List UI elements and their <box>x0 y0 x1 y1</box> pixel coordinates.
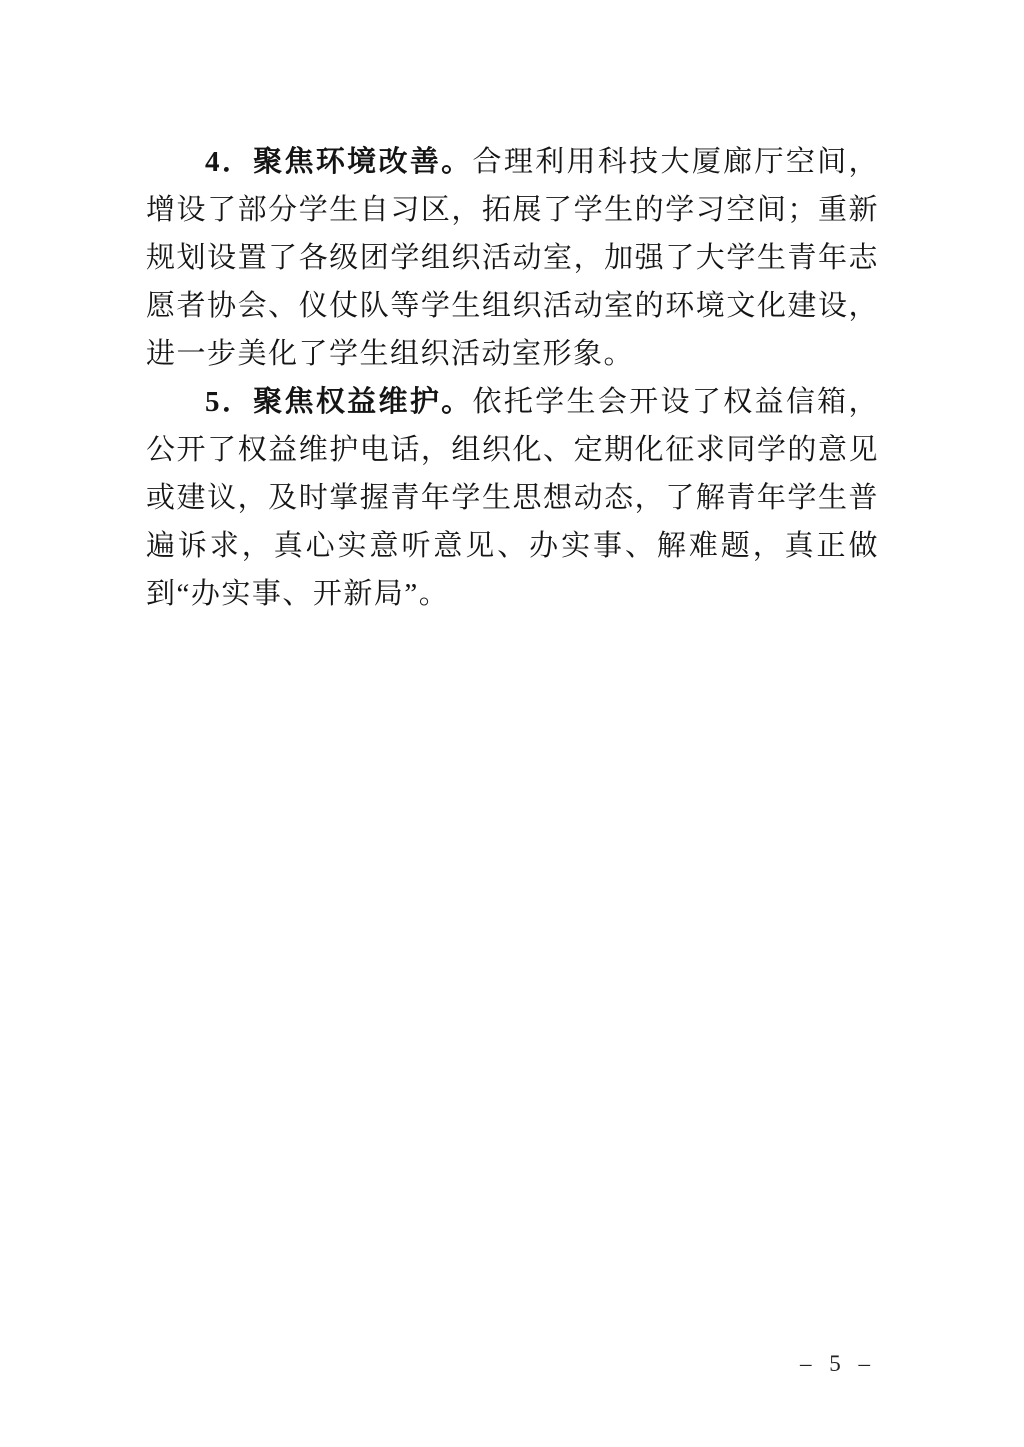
document-page: 4．聚焦环境改善。合理利用科技大厦廊厅空间，增设了部分学生自习区，拓展了学生的学… <box>0 0 1024 1447</box>
paragraph-4: 4．聚焦环境改善。合理利用科技大厦廊厅空间，增设了部分学生自习区，拓展了学生的学… <box>146 138 879 378</box>
paragraph-5: 5．聚焦权益维护。依托学生会开设了权益信箱，公开了权益维护电话，组织化、定期化征… <box>146 378 879 618</box>
paragraph-4-text: 合理利用科技大厦廊厅空间，增设了部分学生自习区，拓展了学生的学习空间；重新规划设… <box>146 146 879 370</box>
page-number: – 5 – <box>800 1349 876 1379</box>
document-body: 4．聚焦环境改善。合理利用科技大厦廊厅空间，增设了部分学生自习区，拓展了学生的学… <box>146 138 879 618</box>
paragraph-4-heading: 4．聚焦环境改善。 <box>205 146 473 178</box>
paragraph-5-heading: 5．聚焦权益维护。 <box>205 386 473 418</box>
paragraph-5-text: 依托学生会开设了权益信箱，公开了权益维护电话，组织化、定期化征求同学的意见或建议… <box>146 386 879 610</box>
